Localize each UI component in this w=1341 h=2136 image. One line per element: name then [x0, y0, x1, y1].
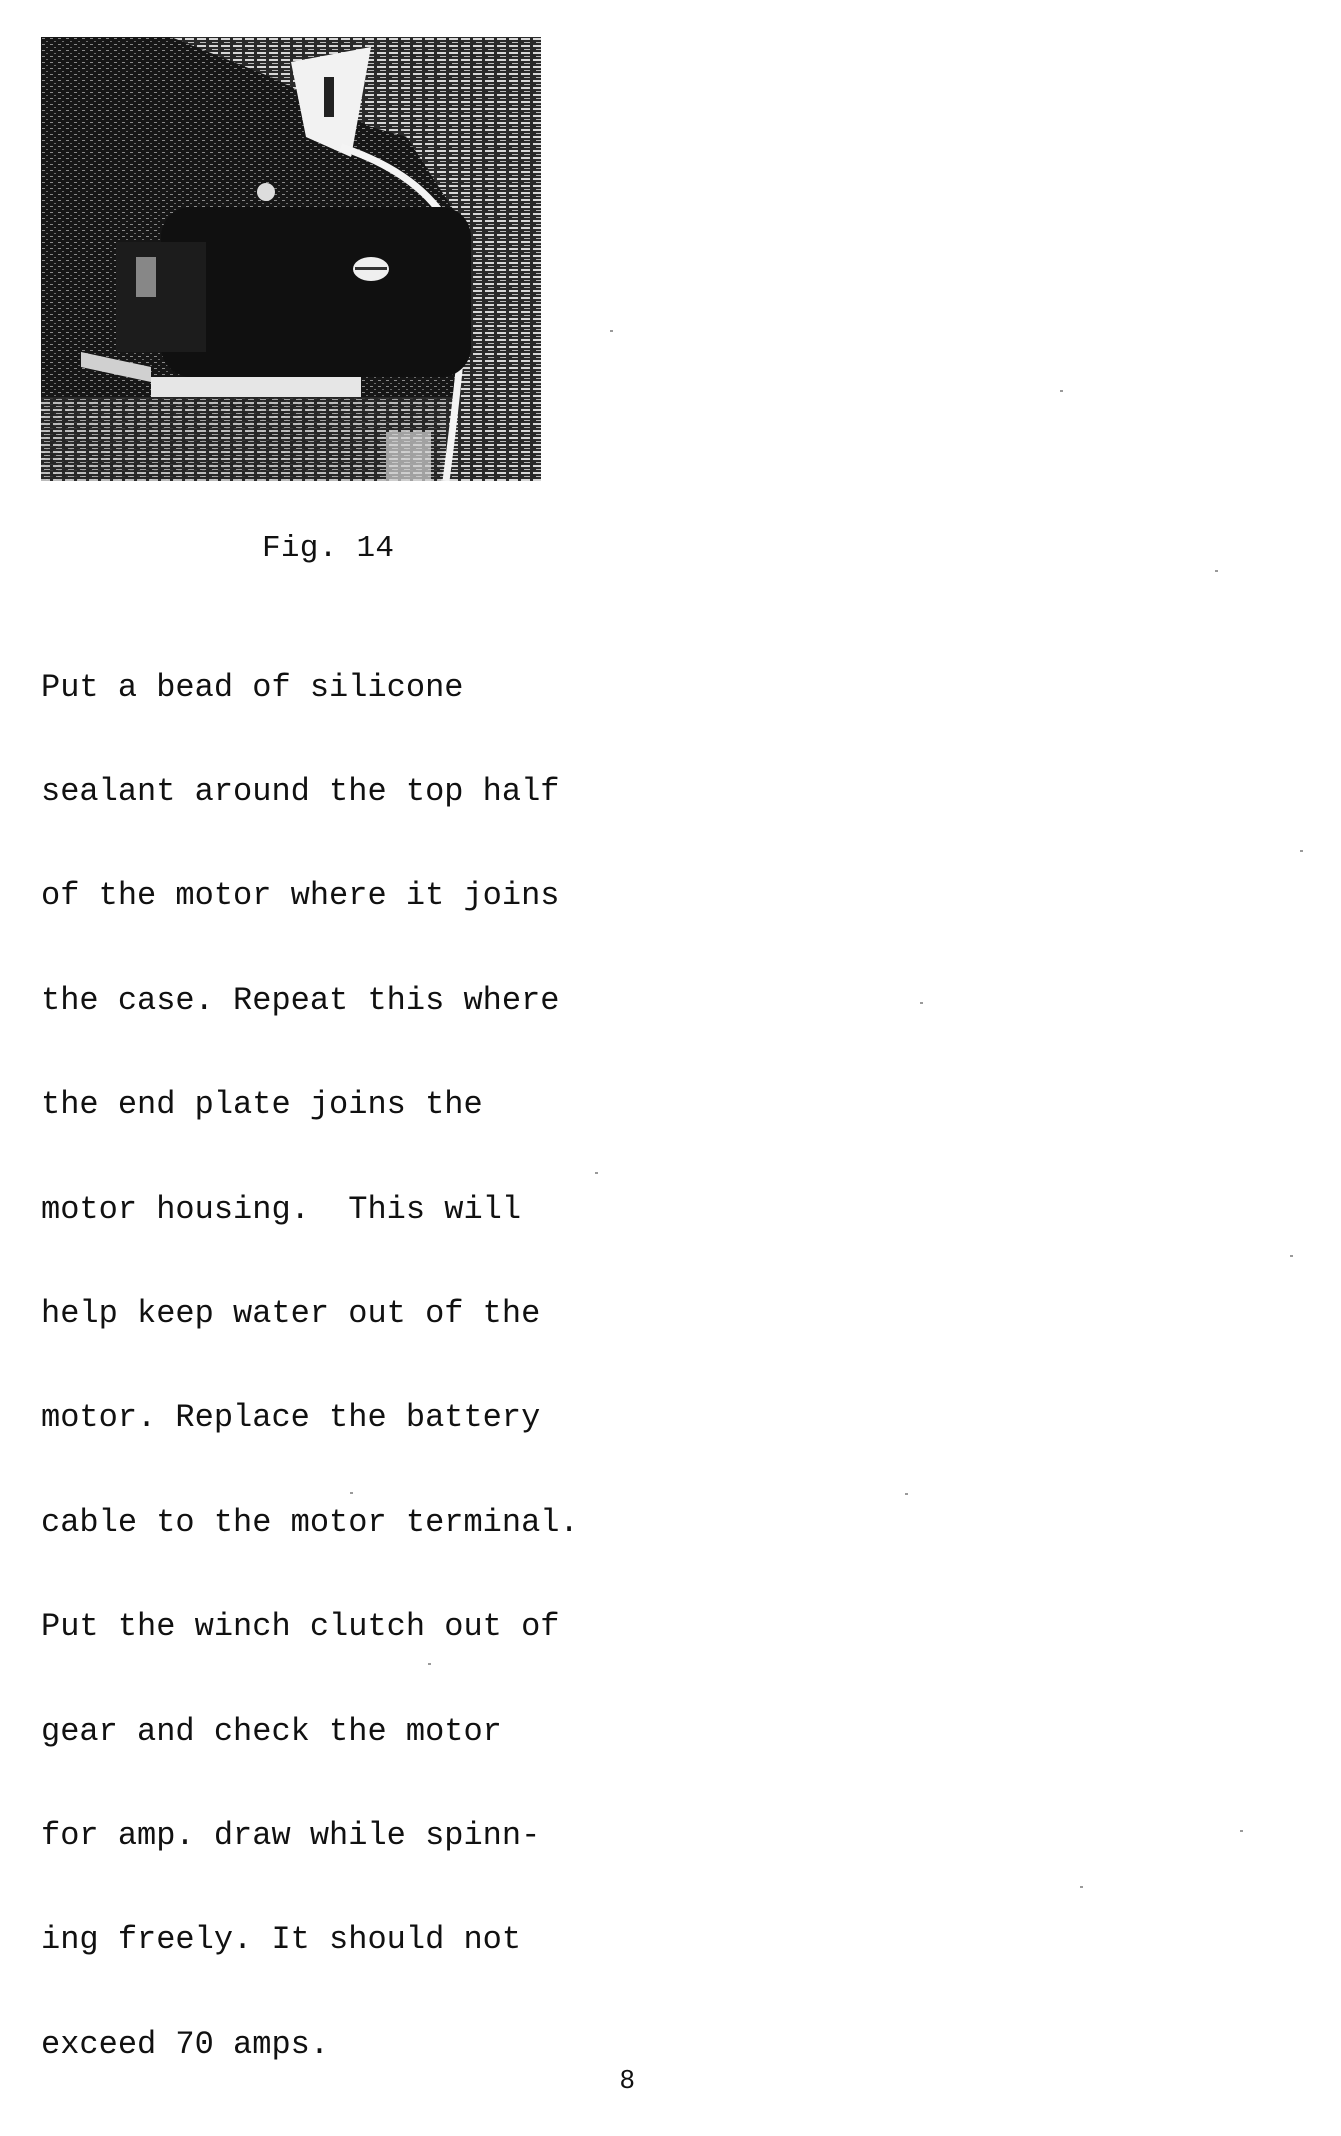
scan-speck	[350, 1492, 353, 1494]
text-line: of the motor where it joins	[41, 879, 579, 914]
text-line: exceed 70 amps.	[41, 2028, 579, 2063]
scan-speck	[610, 330, 613, 332]
page-number: 8	[620, 2064, 634, 2094]
scan-speck	[1060, 390, 1063, 392]
scan-speck	[1080, 1886, 1083, 1888]
scan-speck	[428, 1663, 431, 1665]
text-line: the case. Repeat this where	[41, 984, 579, 1019]
text-line: for amp. draw while spinn-	[41, 1819, 579, 1854]
text-line: help keep water out of the	[41, 1297, 579, 1332]
scan-speck	[595, 1172, 598, 1174]
text-line: sealant around the top half	[41, 775, 579, 810]
text-line: motor housing. This will	[41, 1193, 579, 1228]
scan-speck	[1300, 850, 1303, 852]
text-line: motor. Replace the battery	[41, 1401, 579, 1436]
instruction-paragraph: Put a bead of silicone sealant around th…	[41, 601, 579, 2097]
text-line: the end plate joins the	[41, 1088, 579, 1123]
text-line: Put the winch clutch out of	[41, 1610, 579, 1645]
text-line: cable to the motor terminal.	[41, 1506, 579, 1541]
scan-speck	[1240, 1830, 1243, 1832]
figure-caption: Fig. 14	[262, 532, 394, 566]
scan-speck	[920, 1002, 923, 1004]
figure-photo	[41, 37, 541, 481]
motor-photo-illustration	[41, 37, 541, 481]
text-line: ing freely. It should not	[41, 1923, 579, 1958]
scan-speck	[1290, 1255, 1293, 1257]
text-line: Put a bead of silicone	[41, 671, 579, 706]
scan-speck	[1215, 570, 1218, 572]
scan-speck	[905, 1493, 908, 1495]
text-line: gear and check the motor	[41, 1715, 579, 1750]
